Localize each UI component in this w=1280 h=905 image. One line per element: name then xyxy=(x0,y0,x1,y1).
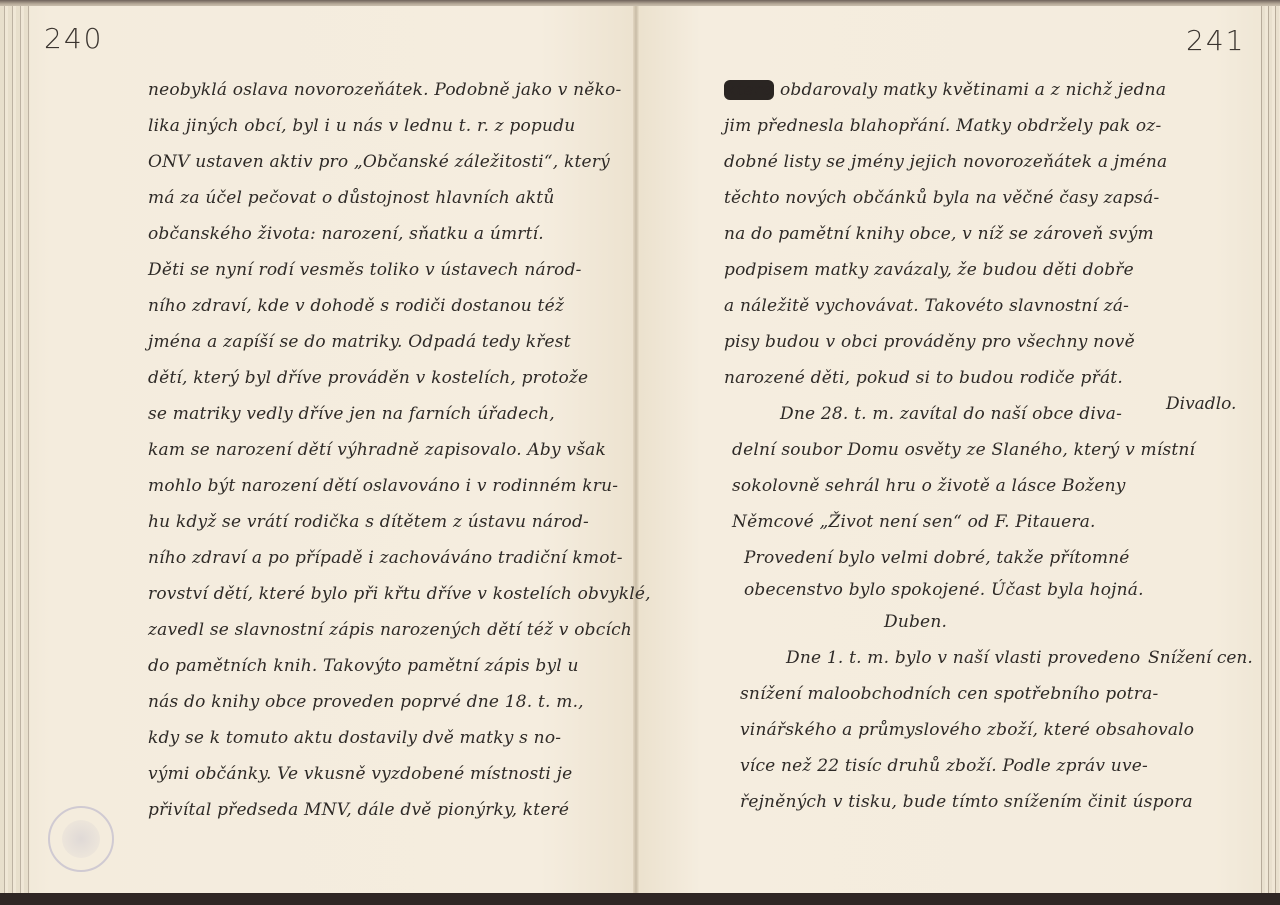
text-line: které obdarovaly matky květinami a z nic… xyxy=(724,80,1166,100)
page-number-left: 240 xyxy=(44,22,103,55)
stamp-emblem xyxy=(62,820,100,858)
text-line: lika jiných obcí, byl i u nás v lednu t.… xyxy=(148,116,575,136)
text-line: Děti se nyní rodí vesměs toliko v ústave… xyxy=(148,260,582,280)
archive-stamp-icon xyxy=(48,806,114,872)
text-line: jim přednesla blahopřání. Matky obdržely… xyxy=(724,116,1161,136)
text-line: se matriky vedly dříve jen na farních úř… xyxy=(148,404,555,424)
text-line: sokolovně sehrál hru o životě a lásce Bo… xyxy=(732,476,1126,496)
text-line: snížení maloobchodních cen spotřebního p… xyxy=(740,684,1158,704)
text-line: zavedl se slavnostní zápis narozených dě… xyxy=(148,620,632,640)
text-line: ONV ustaven aktiv pro „Občanské záležito… xyxy=(148,152,610,172)
text-line: delní soubor Domu osvěty ze Slaného, kte… xyxy=(732,440,1195,460)
text-line: dobné listy se jmény jejich novorozeňáte… xyxy=(724,152,1167,172)
text-line: ního zdraví a po případě i zachováváno t… xyxy=(148,548,623,568)
text-line: rovství dětí, které bylo při křtu dříve … xyxy=(148,584,651,604)
open-book: 240 241 neobyklá oslava novorozeňátek. P… xyxy=(0,0,1280,893)
text-line: do pamětních knih. Takovýto pamětní zápi… xyxy=(148,656,579,676)
text-line: a náležitě vychovávat. Takovéto slavnost… xyxy=(724,296,1129,316)
text-line: jména a zapíší se do matriky. Odpadá ted… xyxy=(148,332,571,352)
text-line: ního zdraví, kde v dohodě s rodiči dosta… xyxy=(148,296,564,316)
text-line: Provedení bylo velmi dobré, takže přítom… xyxy=(744,548,1130,568)
page-number-right: 241 xyxy=(1186,24,1245,57)
text-line: Dne 28. t. m. zavítal do naší obce diva- xyxy=(780,404,1122,424)
text-line: více než 22 tisíc druhů zboží. Podle zpr… xyxy=(740,756,1148,776)
text-line: narozené děti, pokud si to budou rodiče … xyxy=(724,368,1123,388)
text-line: občanského života: narození, sňatku a úm… xyxy=(148,224,544,244)
month-heading: Duben. xyxy=(884,612,947,632)
text-line: mohlo být narození dětí oslavováno i v r… xyxy=(148,476,618,496)
right-page-stack-edge xyxy=(1258,6,1280,893)
book-gutter xyxy=(633,6,639,893)
text-line: těchto nových občánků byla na věčné časy… xyxy=(724,188,1159,208)
text-line: má za účel pečovat o důstojnost hlavních… xyxy=(148,188,554,208)
margin-note-divadlo: Divadlo. xyxy=(1166,394,1236,414)
text-line: hu když se vrátí rodička s dítětem z úst… xyxy=(148,512,589,532)
text-line: kdy se k tomuto aktu dostavily dvě matky… xyxy=(148,728,561,748)
text-line: neobyklá oslava novorozeňátek. Podobně j… xyxy=(148,80,621,100)
text-line: Němcové „Život není sen“ od F. Pitauera. xyxy=(732,512,1096,532)
text-line: řejněných v tisku, bude tímto snížením č… xyxy=(740,792,1193,812)
text-line: vinářského a průmyslového zboží, které o… xyxy=(740,720,1194,740)
text-line: Dne 1. t. m. bylo v naší vlasti proveden… xyxy=(786,648,1140,668)
text-line: na do pamětní knihy obce, v níž se zárov… xyxy=(724,224,1154,244)
text-line: vými občánky. Ve vkusně vyzdobené místno… xyxy=(148,764,572,784)
struck-out-word: které xyxy=(724,80,774,100)
left-page-stack-edge xyxy=(0,6,30,893)
text-line: nás do knihy obce proveden poprvé dne 18… xyxy=(148,692,584,712)
text-line: dětí, který byl dříve prováděn v kostelí… xyxy=(148,368,588,388)
book-bottom-shadow xyxy=(0,893,1280,905)
text-line: kam se narození dětí výhradně zapisovalo… xyxy=(148,440,606,460)
text-line: přivítal předseda MNV, dále dvě pionýrky… xyxy=(148,800,569,820)
text-line: obecenstvo bylo spokojené. Účast byla ho… xyxy=(744,580,1144,600)
margin-note-snizeni-cen: Snížení cen. xyxy=(1148,648,1253,668)
text-line: pisy budou v obci prováděny pro všechny … xyxy=(724,332,1135,352)
text-line: podpisem matky zavázaly, že budou děti d… xyxy=(724,260,1134,280)
